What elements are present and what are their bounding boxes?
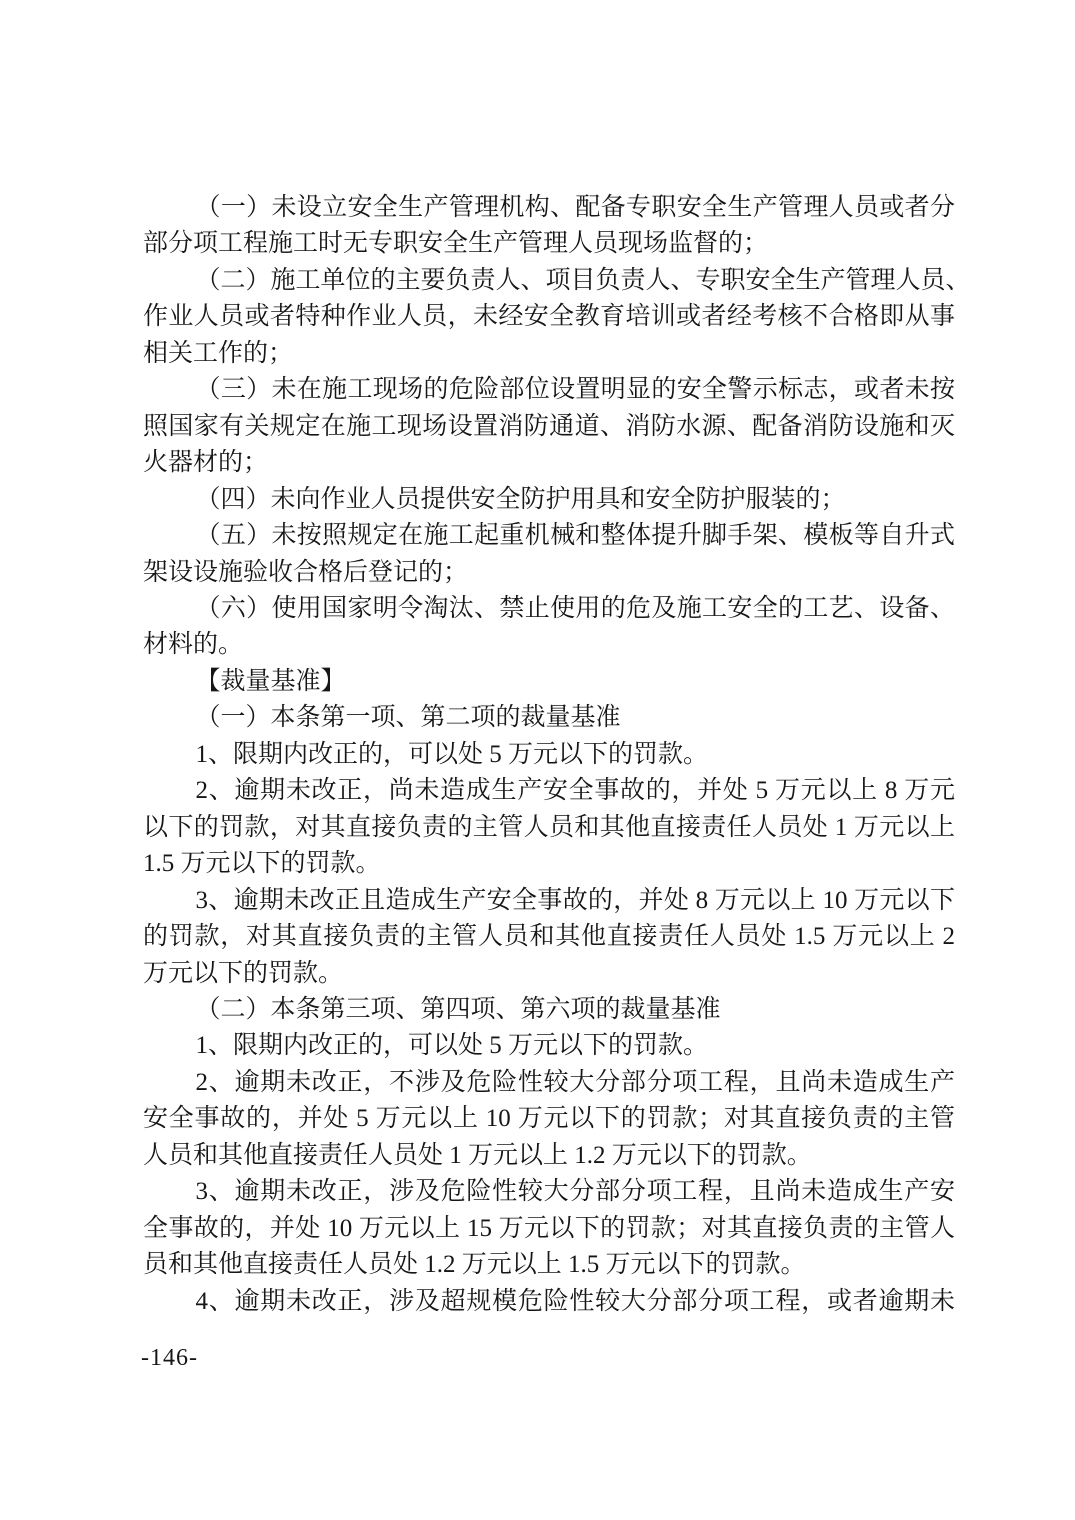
text-line: 人员和其他直接责任人员处 1 万元以上 1.2 万元以下的罚款。 — [143, 1138, 955, 1174]
text-line: 照国家有关规定在施工现场设置消防通道、消防水源、配备消防设施和灭 — [143, 409, 955, 445]
text-line: 全事故的，并处 10 万元以上 15 万元以下的罚款；对其直接负责的主管人 — [143, 1211, 955, 1247]
paragraph: 3、逾期未改正且造成生产安全事故的，并处 8 万元以上 10 万元以下的罚款，对… — [143, 883, 955, 992]
text-line: （二）本条第三项、第四项、第六项的裁量基准 — [143, 992, 955, 1028]
document-body: （一）未设立安全生产管理机构、配备专职安全生产管理人员或者分部分项工程施工时无专… — [143, 190, 955, 1320]
text-line: （一）未设立安全生产管理机构、配备专职安全生产管理人员或者分 — [143, 190, 955, 226]
text-line: 【裁量基准】 — [143, 664, 955, 700]
paragraph: 1、限期内改正的，可以处 5 万元以下的罚款。 — [143, 1028, 955, 1064]
text-line: 4、逾期未改正，涉及超规模危险性较大分部分项工程，或者逾期未 — [143, 1284, 955, 1320]
text-line: 1.5 万元以下的罚款。 — [143, 846, 955, 882]
text-line: 部分项工程施工时无专职安全生产管理人员现场监督的； — [143, 226, 955, 262]
document-page: （一）未设立安全生产管理机构、配备专职安全生产管理人员或者分部分项工程施工时无专… — [0, 0, 1075, 1520]
paragraph: （二）施工单位的主要负责人、项目负责人、专职安全生产管理人员、作业人员或者特种作… — [143, 263, 955, 372]
paragraph: （一）本条第一项、第二项的裁量基准 — [143, 700, 955, 736]
text-line: 安全事故的，并处 5 万元以上 10 万元以下的罚款；对其直接负责的主管 — [143, 1101, 955, 1137]
text-line: （二）施工单位的主要负责人、项目负责人、专职安全生产管理人员、 — [143, 263, 955, 299]
text-line: 火器材的； — [143, 445, 955, 481]
paragraph: （三）未在施工现场的危险部位设置明显的安全警示标志，或者未按照国家有关规定在施工… — [143, 372, 955, 481]
paragraph: （五）未按照规定在施工起重机械和整体提升脚手架、模板等自升式架设设施验收合格后登… — [143, 518, 955, 591]
page-number: -146- — [141, 1346, 198, 1370]
paragraph: 4、逾期未改正，涉及超规模危险性较大分部分项工程，或者逾期未 — [143, 1284, 955, 1320]
text-line: （四）未向作业人员提供安全防护用具和安全防护服装的； — [143, 482, 955, 518]
text-line: 3、逾期未改正，涉及危险性较大分部分项工程，且尚未造成生产安 — [143, 1174, 955, 1210]
paragraph: 3、逾期未改正，涉及危险性较大分部分项工程，且尚未造成生产安全事故的，并处 10… — [143, 1174, 955, 1283]
text-line: 万元以下的罚款。 — [143, 956, 955, 992]
paragraph: （六）使用国家明令淘汰、禁止使用的危及施工安全的工艺、设备、材料的。 — [143, 591, 955, 664]
paragraph: 【裁量基准】 — [143, 664, 955, 700]
text-line: 员和其他直接责任人员处 1.2 万元以上 1.5 万元以下的罚款。 — [143, 1247, 955, 1283]
paragraph: （一）未设立安全生产管理机构、配备专职安全生产管理人员或者分部分项工程施工时无专… — [143, 190, 955, 263]
text-line: 1、限期内改正的，可以处 5 万元以下的罚款。 — [143, 1028, 955, 1064]
paragraph: 2、逾期未改正，不涉及危险性较大分部分项工程，且尚未造成生产安全事故的，并处 5… — [143, 1065, 955, 1174]
text-line: 的罚款，对其直接负责的主管人员和其他直接责任人员处 1.5 万元以上 2 — [143, 919, 955, 955]
text-line: 3、逾期未改正且造成生产安全事故的，并处 8 万元以上 10 万元以下 — [143, 883, 955, 919]
text-line: 2、逾期未改正，不涉及危险性较大分部分项工程，且尚未造成生产 — [143, 1065, 955, 1101]
paragraph: 1、限期内改正的，可以处 5 万元以下的罚款。 — [143, 737, 955, 773]
paragraph: 2、逾期未改正，尚未造成生产安全事故的，并处 5 万元以上 8 万元以下的罚款，… — [143, 773, 955, 882]
text-line: （六）使用国家明令淘汰、禁止使用的危及施工安全的工艺、设备、 — [143, 591, 955, 627]
paragraph: （二）本条第三项、第四项、第六项的裁量基准 — [143, 992, 955, 1028]
text-line: 架设设施验收合格后登记的； — [143, 555, 955, 591]
text-line: （五）未按照规定在施工起重机械和整体提升脚手架、模板等自升式 — [143, 518, 955, 554]
text-line: 以下的罚款，对其直接负责的主管人员和其他直接责任人员处 1 万元以上 — [143, 810, 955, 846]
paragraph: （四）未向作业人员提供安全防护用具和安全防护服装的； — [143, 482, 955, 518]
text-line: 材料的。 — [143, 627, 955, 663]
text-line: 2、逾期未改正，尚未造成生产安全事故的，并处 5 万元以上 8 万元 — [143, 773, 955, 809]
text-line: （一）本条第一项、第二项的裁量基准 — [143, 700, 955, 736]
text-line: 相关工作的； — [143, 336, 955, 372]
text-line: 作业人员或者特种作业人员，未经安全教育培训或者经考核不合格即从事 — [143, 299, 955, 335]
text-line: 1、限期内改正的，可以处 5 万元以下的罚款。 — [143, 737, 955, 773]
text-line: （三）未在施工现场的危险部位设置明显的安全警示标志，或者未按 — [143, 372, 955, 408]
